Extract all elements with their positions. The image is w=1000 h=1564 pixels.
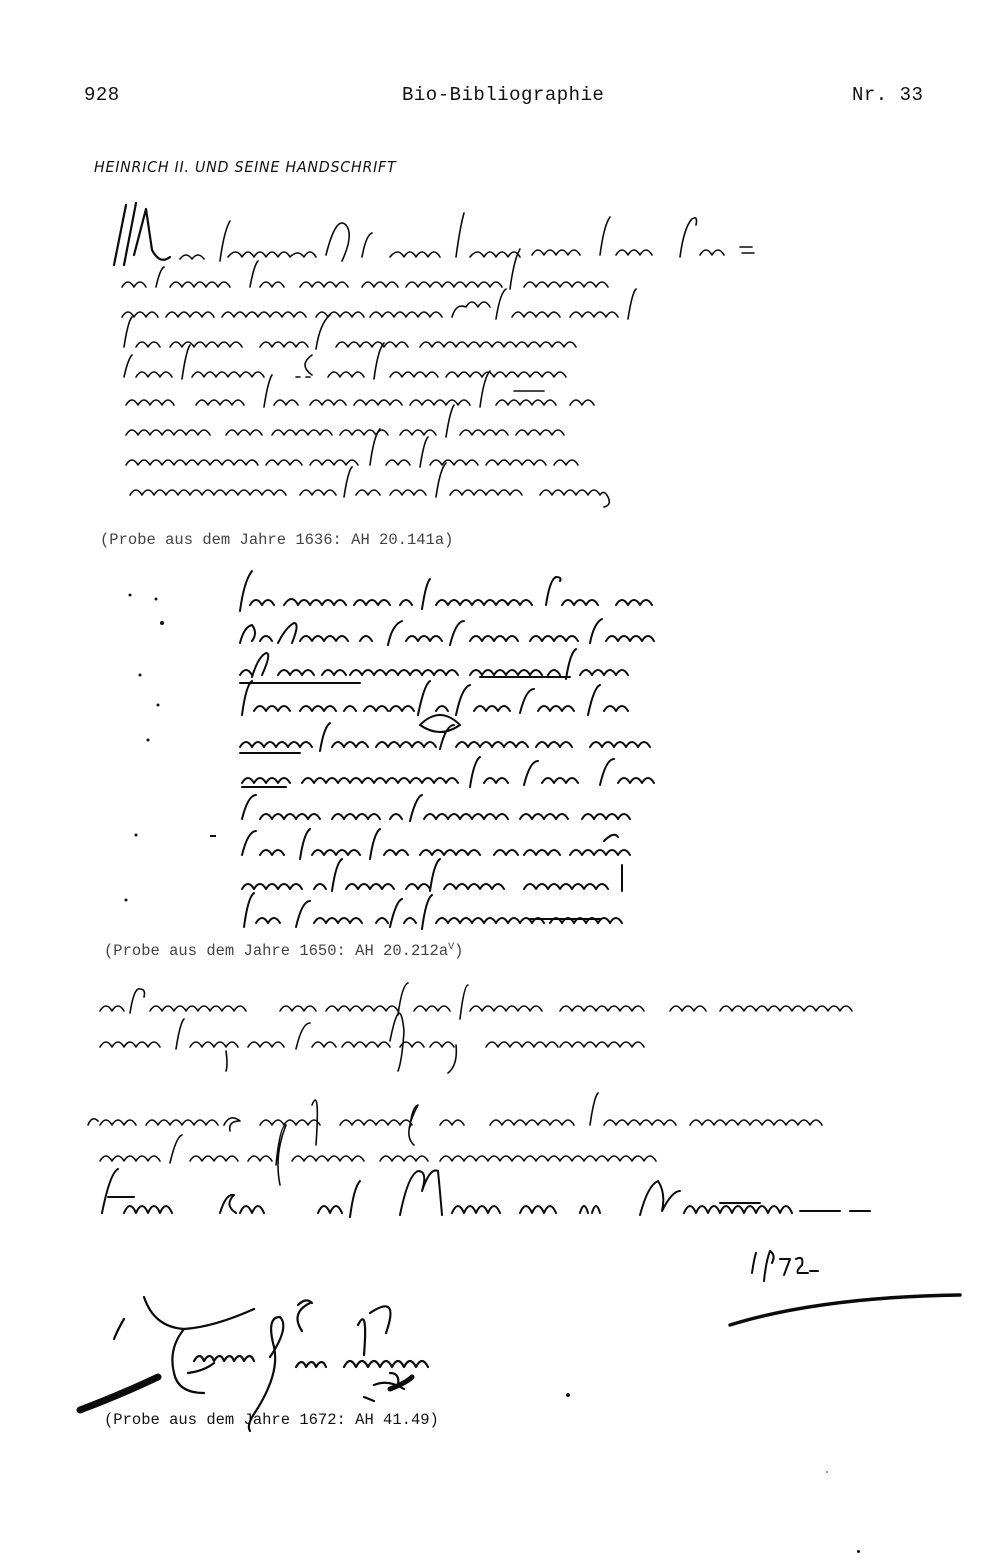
scan-speck (857, 1550, 860, 1553)
scan-speck (826, 1471, 828, 1473)
caption-sample-1672: (Probe aus dem Jahre 1672: AH 41.49) (104, 1411, 439, 1429)
running-title: Bio-Bibliographie (402, 84, 604, 106)
caption-sample-1636: (Probe aus dem Jahre 1636: AH 20.141a) (100, 531, 453, 549)
handwriting-sample-1636 (100, 195, 890, 525)
page-number: 928 (84, 84, 120, 106)
section-title: HEINRICH II. UND SEINE HANDSCHRIFT (94, 158, 396, 176)
handwriting-sample-1672 (80, 985, 1000, 1410)
caption-sample-1650: (Probe aus dem Jahre 1650: AH 20.212aV) (104, 942, 463, 960)
handwriting-sample-1650 (100, 565, 890, 940)
entry-number: Nr. 33 (852, 84, 923, 106)
